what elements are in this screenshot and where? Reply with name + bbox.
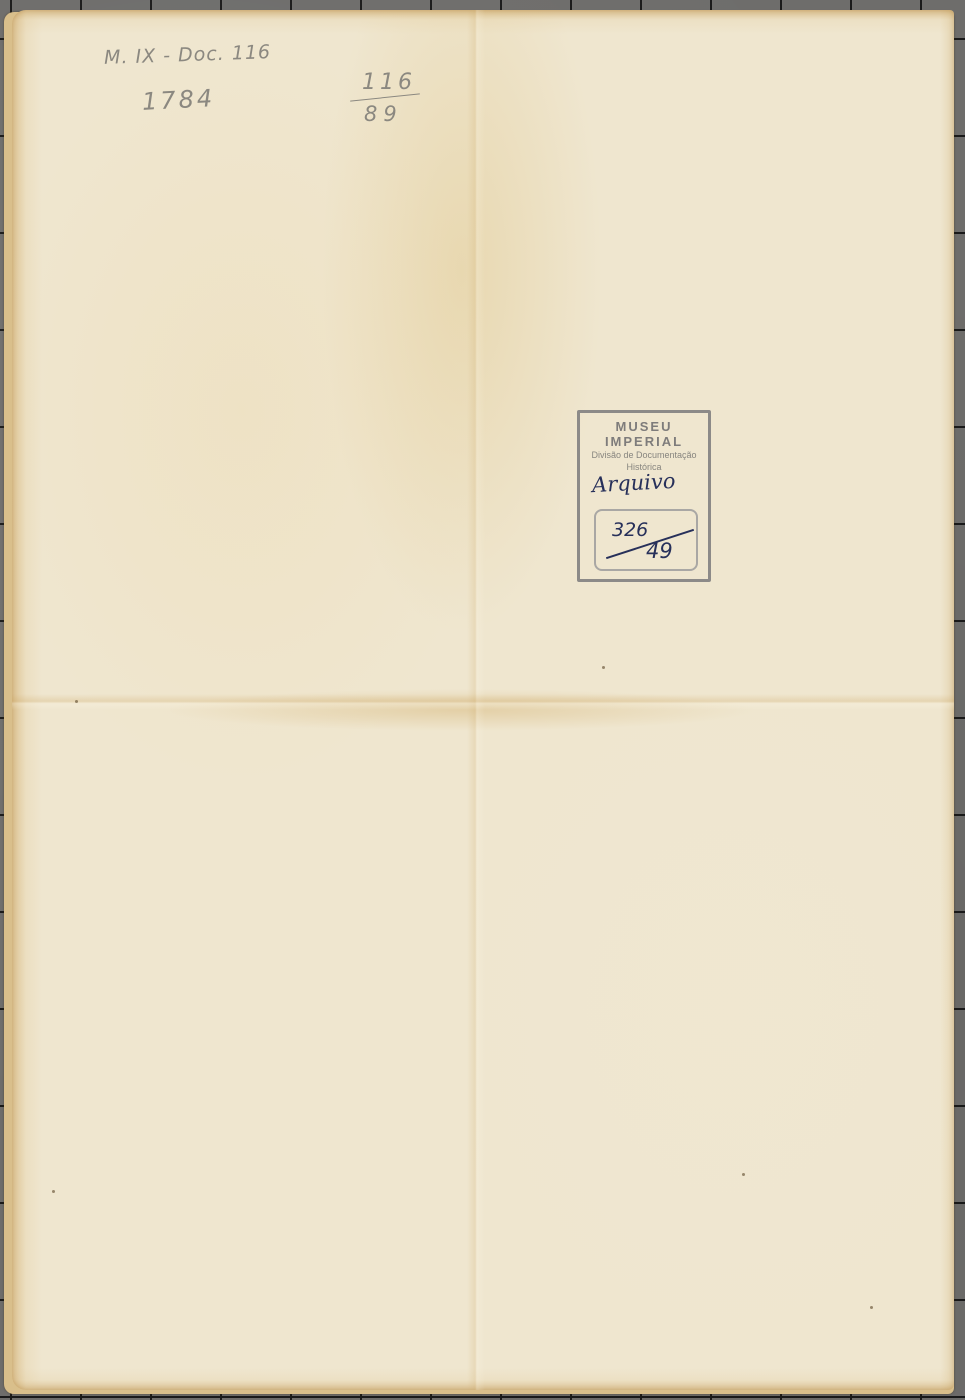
stamp-number-box: 326 49: [594, 509, 698, 571]
document-sheet: M. IX - Doc. 116 1784 116 89: [12, 10, 954, 1390]
museum-archive-stamp: MUSEU IMPERIAL Divisão de Documentação H…: [577, 410, 711, 582]
paper-speck: [870, 1306, 873, 1309]
pencil-fraction-numerator: 116: [362, 70, 416, 95]
paper-speck: [602, 666, 605, 669]
pencil-reference-note: M. IX - Doc. 116: [104, 41, 272, 69]
paper-speck: [52, 1190, 55, 1193]
stamp-title: MUSEU IMPERIAL: [580, 419, 708, 449]
paper-speck: [742, 1173, 745, 1176]
stamp-handwritten-label: Arquivo: [591, 469, 676, 497]
stamp-division-line: Divisão de Documentação: [580, 449, 708, 461]
pencil-fraction-denominator: 89: [364, 102, 403, 126]
stamp-number-top: 326: [612, 519, 648, 541]
stamp-number-bottom: 49: [646, 539, 673, 563]
pencil-year-note: 1784: [141, 84, 215, 116]
paper-speck: [75, 700, 78, 703]
horizontal-fold-line: [12, 694, 954, 710]
